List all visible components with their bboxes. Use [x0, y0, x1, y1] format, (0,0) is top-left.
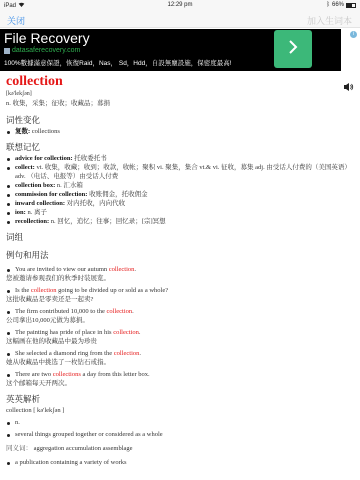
battery-icon	[346, 3, 356, 8]
ad-description: 100%數據滿意保證，恢復Raid，Nas， Sd，Hdd，自設無塵設施，保密度…	[4, 58, 232, 67]
highlighted-word: collection	[114, 350, 140, 357]
example-translation: 这个邮箱每天开两次。	[6, 379, 354, 388]
section-title-association: 联想记忆	[6, 142, 354, 154]
entry-header: collection [kə'lekʃən] n. 收集，采集；征收；收藏品；募…	[6, 74, 354, 109]
highlighted-word: collections	[53, 371, 81, 378]
list-item: collect: vt. 收集，收藏；收到；收款，收帐；聚积 vi. 聚集，集合…	[6, 163, 354, 181]
association-list: advice for collection: 托收委托书 collect: vt…	[6, 154, 354, 226]
list-item: advice for collection: 托收委托书	[6, 154, 354, 163]
nav-bar: 关闭 加入生词本	[0, 11, 360, 28]
synonyms-label: 同义词：	[6, 445, 32, 452]
list-item: ion: n. 离子	[6, 208, 354, 217]
english-definitions: n. several things grouped together or co…	[6, 418, 354, 439]
definition-item: several things grouped together or consi…	[6, 430, 354, 439]
definition-item: a publication containing a variety of wo…	[6, 458, 354, 467]
chevron-right-icon	[288, 40, 298, 59]
example-translation: 公司拿出10,000元做为募捐。	[6, 316, 354, 325]
section-title-inflection: 词性变化	[6, 115, 354, 127]
bluetooth-icon: ᛒ	[326, 2, 330, 8]
example-item: You are invited to view our autumn colle…	[6, 265, 354, 274]
section-title-phrases: 词组	[6, 232, 354, 244]
favicon-icon	[4, 48, 10, 54]
list-item: commission for collection: 收账佣金，托收佣金	[6, 190, 354, 199]
info-icon[interactable]: i	[350, 31, 357, 38]
highlighted-word: collection	[113, 329, 139, 336]
headword: collection	[6, 74, 354, 90]
example-item: Is the collection going to be divided up…	[6, 286, 354, 295]
example-translation: 您被邀请参观我们的秋季时装展览。	[6, 274, 354, 283]
pos-item: n.	[6, 418, 354, 427]
example-item: There are two collections a day from thi…	[6, 370, 354, 379]
battery-percent: 66%	[332, 2, 344, 8]
status-right: ᛒ 66%	[326, 2, 356, 8]
ad-banner[interactable]: File Recovery datasaferecovery.com 100%數…	[0, 29, 341, 71]
section-title-examples: 例句和用法	[6, 250, 354, 262]
ad-url[interactable]: datasaferecovery.com	[4, 47, 80, 54]
example-item: She selected a diamond ring from the col…	[6, 349, 354, 358]
list-item: recollection: n. 回忆，追忆；往事；回忆录；[宗]冥想	[6, 217, 354, 226]
example-translation: 这幅画在他的收藏品中最为珍贵	[6, 337, 354, 346]
list-item: inward collection: 对内托收，内向代收	[6, 199, 354, 208]
phonetic: [kə'lekʃən]	[6, 90, 354, 99]
example-translation: 她从收藏品中挑选了一枚钻石戒指。	[6, 358, 354, 367]
example-item: The painting has pride of place in his c…	[6, 328, 354, 337]
speaker-icon[interactable]	[344, 78, 354, 86]
highlighted-word: collection	[31, 287, 57, 294]
add-to-wordbook-button[interactable]: 加入生词本	[307, 14, 352, 27]
english-headword: collection [ kə'lekʃən ]	[6, 406, 354, 415]
example-item: The firm contributed 10,000 to the colle…	[6, 307, 354, 316]
dictionary-content: collection [kə'lekʃən] n. 收集，采集；征收；收藏品；募…	[6, 74, 354, 467]
status-time: 12:29 pm	[0, 2, 360, 8]
synonyms: 同义词： aggregation accumulation assemblage	[6, 444, 354, 453]
synonyms-text: aggregation accumulation assemblage	[34, 445, 133, 452]
english-definitions-2: a publication containing a variety of wo…	[6, 458, 354, 467]
status-bar: iPad 12:29 pm ᛒ 66%	[0, 0, 360, 11]
basic-meaning: n. 收集，采集；征收；收藏品；募捐	[6, 99, 354, 109]
section-title-english: 英英解析	[6, 394, 354, 406]
list-item: collection box: n. 汇水箱	[6, 181, 354, 190]
examples-list: You are invited to view our autumn colle…	[6, 265, 354, 388]
ad-title[interactable]: File Recovery	[4, 30, 90, 46]
highlighted-word: collection	[107, 308, 133, 315]
close-button[interactable]: 关闭	[7, 14, 25, 27]
example-translation: 这批收藏品是零卖还是一起卖?	[6, 295, 354, 304]
highlighted-word: collection	[109, 266, 135, 273]
list-item: 复数: collections	[6, 127, 354, 136]
ad-go-button[interactable]	[274, 30, 312, 68]
ad-url-text: datasaferecovery.com	[12, 47, 80, 54]
inflection-list: 复数: collections	[6, 127, 354, 136]
